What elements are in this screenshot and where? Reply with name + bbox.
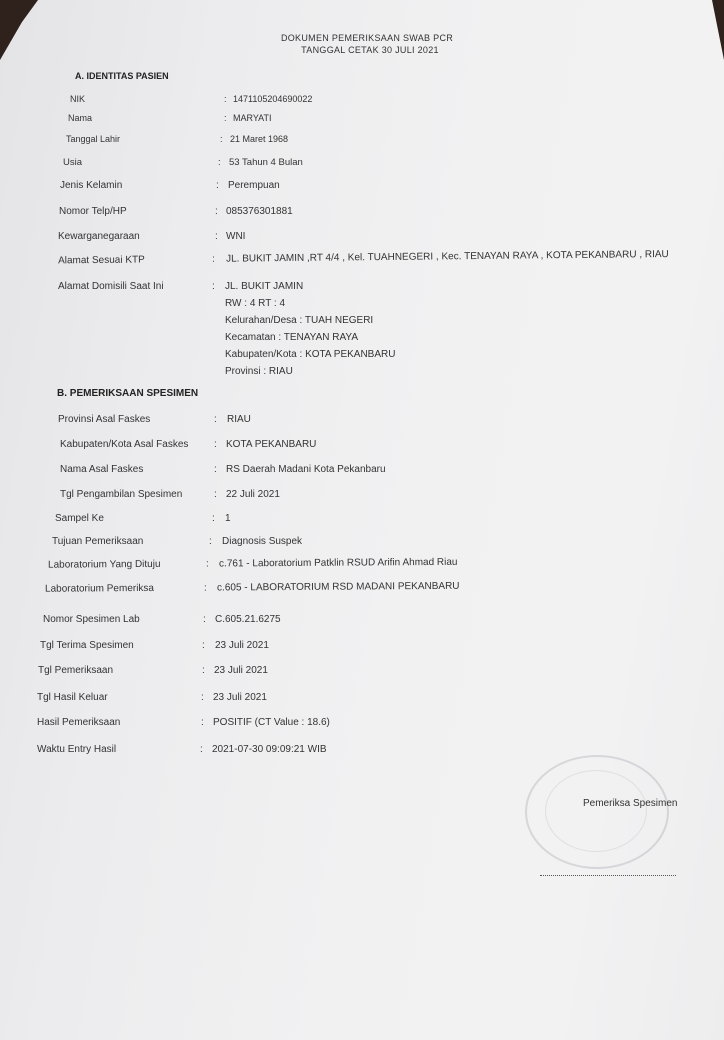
field-value: C.605.21.6275 — [215, 614, 281, 625]
field-separator: : — [202, 640, 205, 651]
field-value: 23 Juli 2021 — [215, 640, 269, 651]
field-label: Tgl Terima Spesimen — [40, 640, 134, 651]
field-separator: : — [212, 281, 215, 292]
field-separator: : — [215, 231, 218, 242]
field-value: c.605 - LABORATORIUM RSD MADANI PEKANBAR… — [217, 581, 460, 594]
field-label: Hasil Pemeriksaan — [37, 717, 120, 728]
field-separator: : — [214, 464, 217, 475]
field-value: 22 Juli 2021 — [226, 489, 280, 500]
field-separator: : — [224, 113, 227, 123]
field-value: RIAU — [227, 414, 251, 425]
address-line: Provinsi : RIAU — [225, 363, 395, 380]
section-b-heading: B. PEMERIKSAAN SPESIMEN — [57, 388, 198, 399]
address-line: Kelurahan/Desa : TUAH NEGERI — [225, 312, 395, 329]
address-line: Kecamatan : TENAYAN RAYA — [225, 329, 395, 346]
official-stamp-inner — [545, 770, 647, 852]
field-separator: : — [212, 254, 215, 265]
field-label: Tgl Pengambilan Spesimen — [60, 489, 182, 500]
field-label: Laboratorium Yang Dituju — [48, 559, 161, 571]
field-value-multiline: JL. BUKIT JAMINRW : 4 RT : 4Kelurahan/De… — [225, 278, 395, 380]
field-label: Nama Asal Faskes — [60, 464, 143, 475]
field-label: Alamat Sesuai KTP — [58, 254, 145, 266]
field-label: Tgl Hasil Keluar — [37, 692, 108, 703]
field-label: Nama — [68, 113, 92, 123]
field-separator: : — [209, 536, 212, 547]
field-label: Nomor Telp/HP — [59, 206, 127, 217]
field-value: RS Daerah Madani Kota Pekanbaru — [226, 464, 386, 475]
field-separator: : — [214, 489, 217, 500]
field-separator: : — [214, 439, 217, 450]
signature-line — [540, 875, 676, 876]
field-separator: : — [200, 744, 203, 755]
field-separator: : — [206, 559, 209, 570]
field-value: c.761 - Laboratorium Patklin RSUD Arifin… — [219, 557, 458, 570]
field-separator: : — [202, 665, 205, 676]
field-value: Diagnosis Suspek — [222, 536, 302, 547]
field-separator: : — [204, 583, 207, 594]
field-label: Kewarganegaraan — [58, 231, 140, 242]
field-label: Tgl Pemeriksaan — [38, 665, 113, 676]
field-value: 23 Juli 2021 — [214, 665, 268, 676]
field-separator: : — [218, 157, 221, 168]
signature-label: Pemeriksa Spesimen — [583, 798, 677, 809]
field-value: POSITIF (CT Value : 18.6) — [213, 717, 330, 728]
field-separator: : — [203, 614, 206, 625]
field-value: 21 Maret 1968 — [230, 134, 288, 144]
field-label: Tanggal Lahir — [66, 134, 120, 144]
field-label: Tujuan Pemeriksaan — [52, 536, 143, 547]
field-value: 1471105204690022 — [233, 94, 312, 104]
field-value: KOTA PEKANBARU — [226, 439, 316, 450]
field-separator: : — [220, 134, 223, 144]
field-label: Sampel Ke — [55, 513, 104, 524]
document-paper — [0, 0, 724, 1040]
field-separator: : — [215, 206, 218, 217]
address-line: Kabupaten/Kota : KOTA PEKANBARU — [225, 346, 395, 363]
field-separator: : — [224, 94, 227, 104]
field-label: Waktu Entry Hasil — [37, 744, 116, 755]
field-separator: : — [212, 513, 215, 524]
field-label: Jenis Kelamin — [60, 180, 122, 191]
field-label: Laboratorium Pemeriksa — [45, 583, 154, 595]
address-line: JL. BUKIT JAMIN — [225, 278, 395, 295]
field-value: 2021-07-30 09:09:21 WIB — [212, 744, 327, 755]
section-a-heading: A. IDENTITAS PASIEN — [75, 71, 169, 81]
field-separator: : — [201, 692, 204, 703]
field-label: NIK — [70, 94, 85, 104]
field-label: Alamat Domisili Saat Ini — [58, 281, 164, 292]
field-value: WNI — [226, 231, 245, 242]
field-label: Usia — [63, 157, 82, 168]
address-line: RW : 4 RT : 4 — [225, 295, 395, 312]
field-value: 23 Juli 2021 — [213, 692, 267, 703]
field-label: Provinsi Asal Faskes — [58, 414, 150, 425]
field-value: 53 Tahun 4 Bulan — [229, 157, 303, 168]
field-separator: : — [201, 717, 204, 728]
field-label: Nomor Spesimen Lab — [43, 614, 140, 625]
field-label: Kabupaten/Kota Asal Faskes — [60, 439, 188, 450]
field-separator: : — [216, 180, 219, 191]
field-separator: : — [214, 414, 217, 425]
field-value: 1 — [225, 513, 231, 524]
document-title: DOKUMEN PEMERIKSAAN SWAB PCR — [5, 33, 724, 43]
field-value: Perempuan — [228, 180, 280, 191]
field-value: MARYATI — [233, 113, 272, 123]
field-value: 085376301881 — [226, 206, 293, 217]
print-date: TANGGAL CETAK 30 JULI 2021 — [8, 45, 724, 55]
